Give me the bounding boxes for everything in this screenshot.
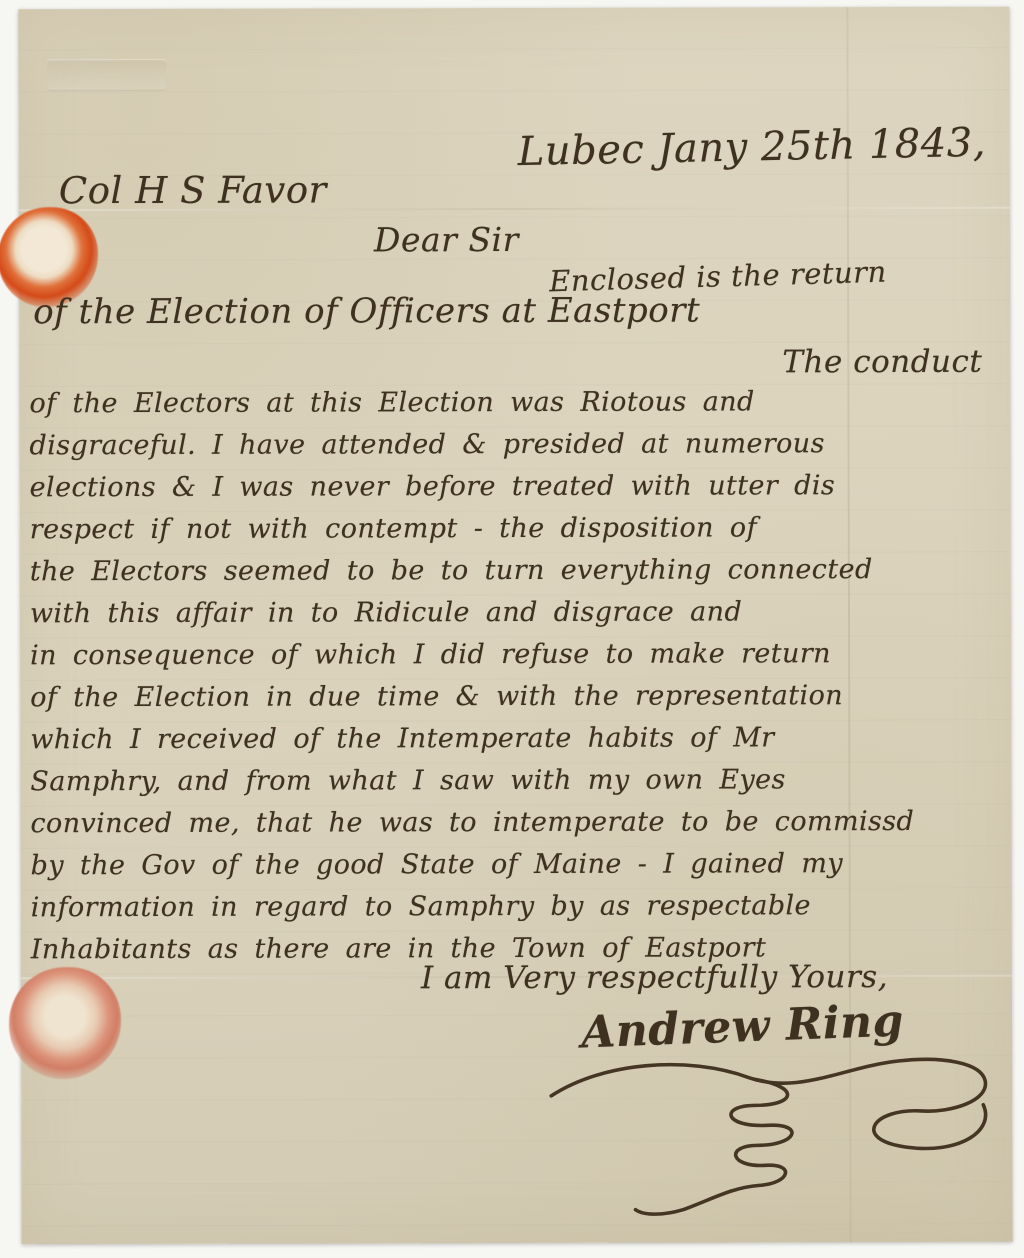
- opening-line-2: of the Election of Officers at Eastport: [33, 291, 700, 333]
- recipient-name: Col H S Favor: [59, 168, 327, 212]
- body-line: which I received of the Intemperate habi…: [30, 717, 995, 762]
- wax-seal-lower: [9, 967, 121, 1079]
- body-line: in consequence of which I did refuse to …: [30, 633, 995, 678]
- letter-paper: Lubec Jany 25th 1843, Col H S Favor Dear…: [18, 7, 1012, 1245]
- body-line: of the Electors at this Election was Rio…: [29, 381, 994, 426]
- body-line: of the Election in due time & with the r…: [30, 675, 995, 720]
- body-line: by the Gov of the good State of Maine - …: [31, 843, 996, 888]
- body-line: information in regard to Samphry by as r…: [31, 885, 996, 930]
- salutation: Dear Sir: [374, 220, 519, 259]
- signature-flourish: [543, 1047, 1014, 1243]
- body-line: elections & I was never before treated w…: [30, 465, 995, 510]
- body-line: respect if not with contempt - the dispo…: [30, 507, 995, 552]
- body-line: the Electors seemed to be to turn everyt…: [30, 549, 995, 594]
- embossed-stationery-stamp: [47, 59, 167, 91]
- dateline: Lubec Jany 25th 1843,: [517, 120, 986, 175]
- scan-background: Lubec Jany 25th 1843, Col H S Favor Dear…: [0, 0, 1024, 1258]
- closing-line: I am Very respectfully Yours,: [421, 959, 888, 996]
- body-line: convinced me, that he was to intemperate…: [30, 801, 995, 846]
- letter-body: of the Electors at this Election was Rio…: [29, 381, 996, 972]
- body-line: Samphry, and from what I saw with my own…: [30, 759, 995, 804]
- body-line: disgraceful. I have attended & presided …: [29, 423, 994, 468]
- body-line: with this affair in to Ridicule and disg…: [30, 591, 995, 636]
- paragraph-intro: The conduct: [782, 344, 982, 381]
